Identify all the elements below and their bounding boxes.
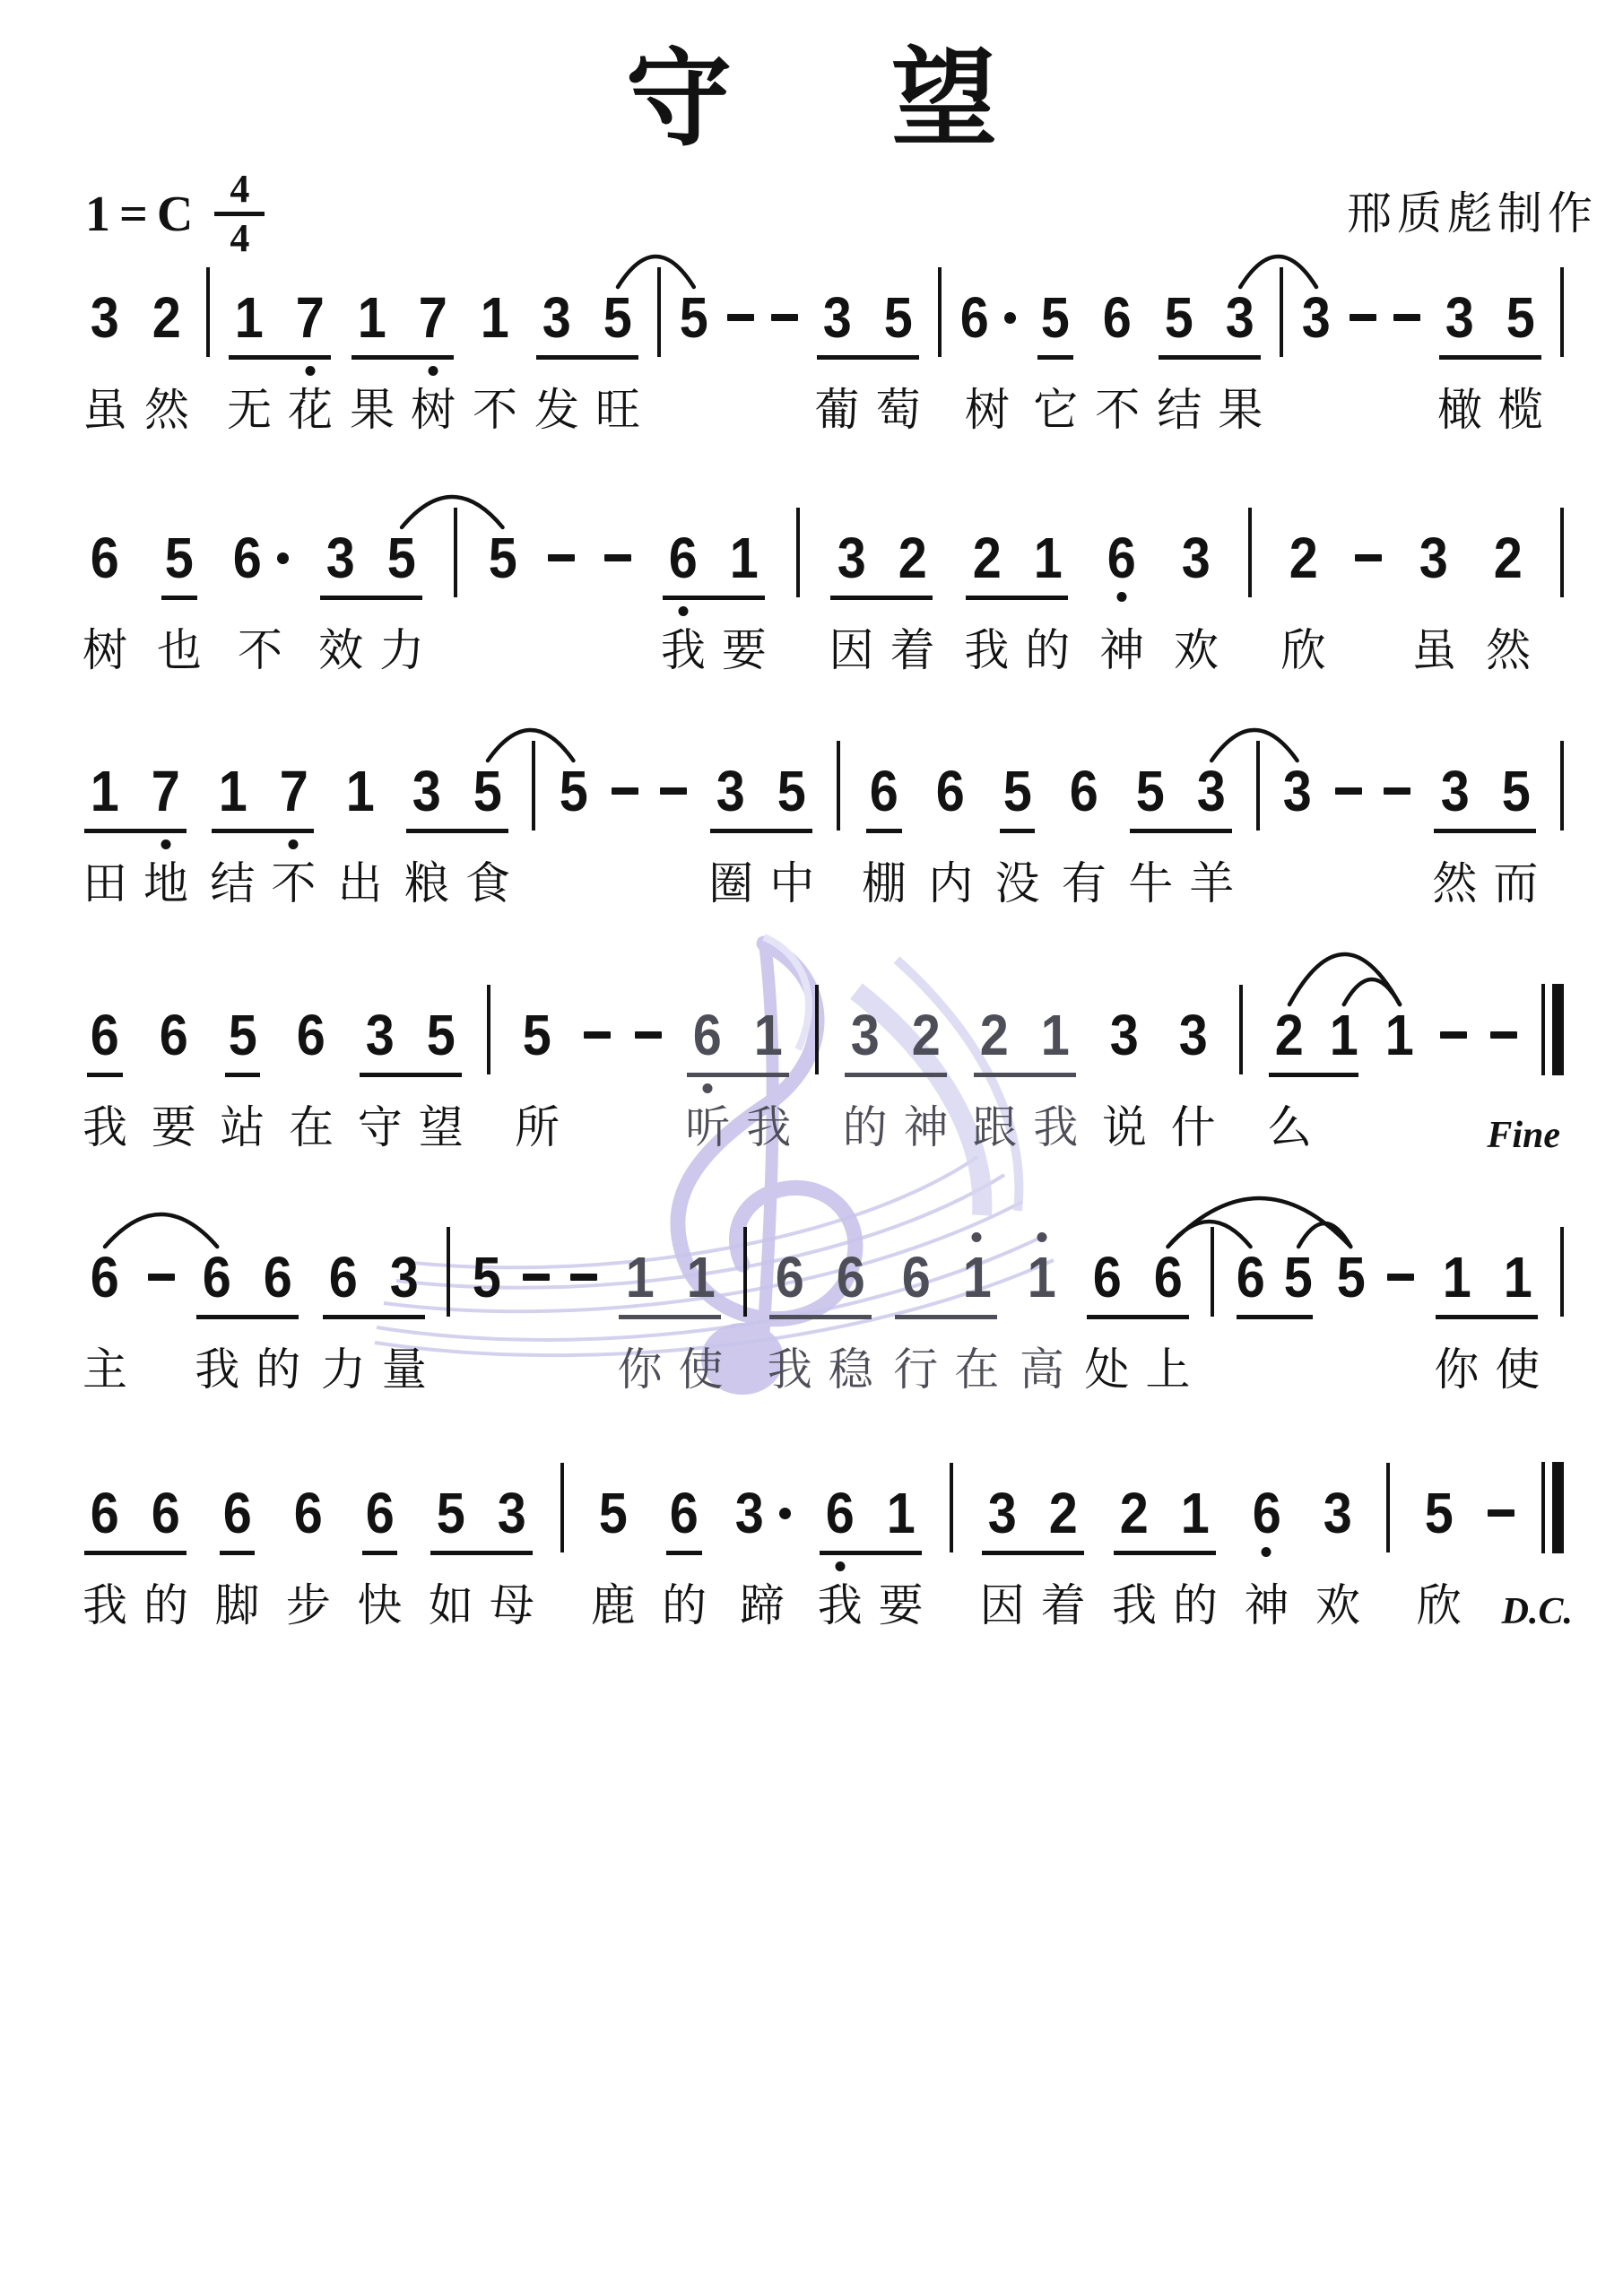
lyric-char: 什 [1171,1103,1216,1153]
beamed-group: 6我6的 [82,1484,188,1631]
note-cell: 3虽 [1411,529,1456,676]
lyric-char: 不 [1095,386,1140,436]
note-cell: 3蹄 [733,1484,792,1631]
note-digit: 3 [837,529,865,587]
lyric-char: 食 [465,859,510,909]
note-digit: 6 [670,1484,699,1542]
barline [1560,762,1564,909]
note-cell: 5如 [429,1484,473,1631]
octave-dot-below [289,839,299,849]
eighth-underline [220,1551,256,1555]
lyric-char: 么 [1267,1103,1312,1153]
lyric-char: 然 [1432,859,1477,909]
note-digit: 5 [1136,762,1165,820]
note-cell: 5结 [1157,289,1202,436]
note-cell: 5力 [379,529,424,676]
note-digit: 1 [887,1484,916,1542]
notes-row: 3虽2然1无7花1果7树1不3发5旺53葡5萄6树5它6不5结3果33橄5榄 [82,289,1564,436]
note-digit: 3 [988,1484,1017,1542]
beam-underline [1434,829,1536,833]
barline-rule [1560,267,1564,357]
note-cell: 3的 [843,1006,888,1153]
lyric-char: 脚 [214,1581,259,1631]
beam-underline [430,1551,533,1555]
tie-arc [1168,1222,1251,1247]
note-digit: 5 [437,1484,465,1542]
beamed-group: 3效5力 [318,529,424,676]
tie-arc [1344,979,1400,1004]
note-digit: 3 [1110,1006,1139,1064]
note-cell: 1使 [678,1248,723,1396]
note-cell: 3什 [1171,1006,1216,1153]
dash-glyph [771,314,798,321]
note-cell: 2我 [964,529,1009,676]
note-cell: 5榄 [1498,289,1543,436]
duration-dash [548,529,575,676]
beam-underline [974,1073,1076,1077]
note-cell: 6我 [195,1248,239,1396]
note-digit: 1 [91,762,119,820]
lyric-char: 欢 [1315,1581,1360,1631]
beam-underline [1439,355,1541,360]
system-3: 1田7地1结7不1出3粮5食53圈5中6棚6内5没6有5牛3羊33然5而 [82,762,1564,909]
fine-marking: Fine [1487,1114,1560,1157]
note-digit: 5 [228,1006,256,1064]
duration-dash [771,289,798,436]
note-cell: 6主 [82,1248,127,1396]
lyric-char: 而 [1493,859,1538,909]
note-cell: 2着 [1041,1484,1086,1631]
note-cell: 5 [471,1248,503,1396]
lyric-char: 花 [288,386,333,436]
key-signature: 1 = C 4 4 [85,169,265,259]
note-digit: 3 [542,289,571,346]
lyric-char: 我 [818,1581,863,1631]
note-digit: 1 [754,1006,783,1064]
lyric-char: 快 [357,1581,402,1631]
lyric-char: 不 [473,386,517,436]
dash-glyph [727,314,754,321]
barline [1386,1484,1390,1631]
lyric-char: 牛 [1128,859,1173,909]
duration-dash [148,1248,175,1396]
dash-glyph [612,787,638,795]
note-digit: 1 [1181,1484,1210,1542]
note-digit: 6 [152,1484,180,1542]
note-cell: 5 [487,529,519,676]
note-digit: 2 [1120,1484,1149,1542]
lyric-char: 的 [256,1345,300,1396]
lyric-char: 母 [490,1581,534,1631]
note-digit: 6 [837,1248,865,1306]
beamed-group: 2我1的 [1112,1484,1218,1631]
lyric-char: 处 [1085,1345,1130,1396]
note-cell: 6在 [289,1006,334,1153]
note-cell: 1我 [1033,1006,1078,1153]
beam-underline [710,829,812,833]
lyric-char: 出 [338,859,383,909]
dash-glyph [635,1031,662,1039]
beam-underline [1087,1315,1189,1319]
barline [938,289,942,436]
note-digit: 2 [1289,529,1318,587]
beam-underline [352,355,454,360]
beamed-group: 3粮5食 [404,762,510,909]
note-digit: 2 [898,529,926,587]
beamed-group: 6力3量 [321,1248,427,1396]
note-cell: 5 [558,762,590,909]
note-digit: 3 [851,1006,880,1064]
beam-underline [820,1551,922,1555]
note-digit: 3 [1283,762,1312,820]
lyric-char: 萄 [876,386,921,436]
beam-underline [360,1073,462,1077]
note-cell: 7花 [288,289,333,436]
beam-underline [769,1315,872,1319]
lyric-char: 要 [879,1581,924,1631]
tie-arc [618,257,694,287]
beamed-group: 1田7地 [82,762,188,909]
note-digit: 7 [419,289,447,346]
note-cell: 6 [1235,1248,1267,1396]
barline [657,289,661,436]
beamed-group: 1你1使 [1434,1248,1540,1396]
eighth-underline [87,1073,123,1077]
note-cell: 1结 [210,762,255,909]
note-cell: 3发 [534,289,579,436]
note-cell: 6稳 [829,1248,873,1396]
eighth-underline [1037,355,1073,360]
note-digit: 6 [1107,529,1136,587]
beamed-group: 3橄5榄 [1437,289,1543,436]
note-cell: 6行 [893,1248,938,1396]
key-tonic: C [157,186,193,243]
note-cell: 3欢 [1315,1484,1360,1631]
system-4: 6我6要5站6在3守5望5所6听1我3的2神2跟1我3说3什2么11Fine [82,1006,1564,1153]
beamed-group: 3发5旺 [534,289,640,436]
barline-rule [454,508,457,597]
barline-rule [1211,1227,1214,1317]
note-digit: 5 [1003,762,1032,820]
lyric-char: 因 [980,1581,1025,1631]
beam-underline [212,829,314,833]
beamed-group: 2跟1我 [972,1006,1078,1153]
beamed-group: 3圈5中 [708,762,814,909]
note-digit: 1 [962,1248,991,1306]
time-signature-denominator: 4 [230,218,249,259]
beamed-group: 3葡5萄 [815,289,921,436]
note-cell: 2欣 [1281,529,1326,676]
barline-rule [560,1463,564,1552]
note-cell: 3量 [382,1248,427,1396]
system-2: 6树5也6不3效5力56我1要3因2着2我1的6神3欢2欣3虽2然 [82,529,1564,676]
note-cell: 5旺 [595,289,640,436]
note-digit: 1 [730,529,759,587]
barline-rule [1386,1463,1390,1552]
barline-rule [1239,985,1243,1074]
note-digit: 6 [936,762,965,820]
sheet-content: 守 望 1 = C 4 4 邢质彪制作 3虽2然1无7花1果7树1不3发5旺53… [0,0,1623,2296]
beamed-group: 1结7不 [210,762,316,909]
note-digit: 6 [297,1006,325,1064]
note-cell: 6我 [82,1006,127,1153]
eighth-underline [1000,829,1036,833]
note-digit: 1 [1028,1248,1056,1306]
note-digit: 6 [203,1248,231,1306]
note-digit: 1 [1503,1248,1532,1306]
note-cell: 5 [1282,1248,1315,1396]
lyric-char: 也 [157,626,202,676]
lyric-char: 的 [143,1581,188,1631]
note-digit: 1 [358,289,386,346]
augmentation-dot [779,1508,791,1519]
barline [1248,529,1252,676]
beam-underline [619,1315,721,1319]
duration-dash [570,1248,597,1396]
note-cell: 6我 [818,1484,863,1631]
dash-glyph [1335,787,1362,795]
note-cell: 3因 [829,529,873,676]
slur-arcs [82,477,1564,531]
note-digit: 5 [473,762,502,820]
note-digit: 1 [481,289,509,346]
lyric-char: 蹄 [740,1581,785,1631]
note-cell: 1要 [722,529,767,676]
barline [837,762,840,909]
beam-underline [229,355,331,360]
lyric-char: 跟 [972,1103,1017,1153]
lyric-char: 神 [1099,626,1144,676]
note-cell: 5没 [995,762,1040,909]
beam-underline [895,1315,997,1319]
beamed-group: 5如3母 [429,1484,534,1631]
note-digit: 3 [1440,762,1469,820]
note-digit: 7 [152,762,180,820]
da-capo-marking: D.C. [1502,1590,1573,1633]
note-digit: 6 [294,1484,323,1542]
note-cell: 1我 [746,1006,791,1153]
beam-underline [663,596,765,600]
note-digit: 3 [91,289,119,346]
lyric-char: 行 [893,1345,938,1396]
beamed-group: 6我6的 [195,1248,300,1396]
note-cell: 2神 [904,1006,949,1153]
note-cell: 5 [678,289,710,436]
barline-rule [938,267,942,357]
note-cell: 5站 [220,1006,265,1153]
note-digit: 6 [959,289,988,346]
note-digit: 3 [390,1248,419,1306]
note-cell: 3 [1300,289,1332,436]
beam-underline [1436,1315,1538,1319]
lyric-char: 我 [1112,1581,1157,1631]
note-cell: 1要 [879,1484,924,1631]
dash-glyph [148,1274,175,1281]
note-cell: 1的 [1025,529,1070,676]
note-digit: 2 [152,289,181,346]
note-cell: 6内 [928,762,973,909]
note-cell: 6有 [1062,762,1107,909]
note-digit: 6 [1252,1484,1280,1542]
lyric-char: 然 [1486,626,1531,676]
lyric-char: 欣 [1417,1581,1462,1631]
duration-dash [727,289,754,436]
note-cell: 5萄 [876,289,921,436]
lyric-char: 我 [82,1103,127,1153]
beam-underline [1130,829,1232,833]
note-cell: 2然 [1486,529,1531,676]
dash-glyph [660,787,687,795]
dash-glyph [1355,554,1382,561]
lyric-char: 神 [904,1103,949,1153]
note-digit: 6 [91,1006,119,1064]
barline-rule [1560,741,1564,831]
barline [487,1006,490,1153]
note-cell: 3果 [1218,289,1263,436]
barline-rule [743,1227,747,1317]
key-equals: = [119,186,148,243]
tie-arc [1289,954,1400,1004]
note-digit: 6 [160,1006,188,1064]
lyric-char: 中 [769,859,814,909]
lyric-char: 不 [271,859,316,909]
note-cell: 1 [1384,1006,1416,1153]
octave-dot-below [429,366,438,376]
note-digit: 1 [1442,1248,1471,1306]
beamed-group: 5牛3羊 [1128,762,1234,909]
note-cell: 3虽 [82,289,127,436]
barline-rule [837,741,840,831]
barline [560,1484,564,1631]
lyric-char: 力 [379,626,424,676]
beamed-group: 6处6上 [1085,1248,1191,1396]
note-cell: 5牛 [1128,762,1173,909]
barline [454,529,457,676]
note-cell: 3橄 [1437,289,1482,436]
duration-dash [604,529,631,676]
beam-underline [982,1551,1084,1555]
lyric-char: 高 [1020,1345,1064,1396]
note-digit: 3 [1419,529,1448,587]
duration-dash [612,762,638,909]
title-char-1: 守 [626,47,732,154]
note-cell: 3效 [318,529,363,676]
lyric-char: 我 [964,626,1009,676]
barline [1560,1248,1564,1396]
notes-row: 6树5也6不3效5力56我1要3因2着2我1的6神3欢2欣3虽2然 [82,529,1564,676]
note-digit: 6 [1153,1248,1182,1306]
barline-rule [950,1463,953,1552]
beam-underline [966,596,1068,600]
note-digit: 6 [91,1484,119,1542]
lyric-char: 榄 [1498,386,1543,436]
eighth-underline [666,1551,702,1555]
lyric-char: 圈 [708,859,753,909]
lyric-char: 说 [1102,1103,1147,1153]
note-digit: 3 [412,762,441,820]
note-cell: 3 [1281,762,1314,909]
note-digit: 6 [901,1248,930,1306]
notes-row: 1田7地1结7不1出3粮5食53圈5中6棚6内5没6有5牛3羊33然5而 [82,762,1564,909]
beam-underline [196,1315,299,1319]
dash-glyph [570,1274,597,1281]
note-digit: 1 [686,1248,715,1306]
note-cell: 5而 [1493,762,1538,909]
tie-arc [1211,730,1297,761]
note-cell: 7地 [143,762,188,909]
note-cell: 3羊 [1189,762,1234,909]
note-cell: 2着 [890,529,934,676]
barline [1560,289,1564,436]
lyric-char: 因 [829,626,873,676]
note-digit: 3 [734,1484,763,1542]
time-signature-numerator: 4 [230,169,249,210]
beamed-group: 6听1我 [685,1006,791,1153]
lyric-char: 橄 [1437,386,1482,436]
dash-glyph [1384,787,1410,795]
note-digit: 5 [489,529,517,587]
lyric-char: 守 [358,1103,403,1153]
beam-underline [1237,1315,1313,1319]
note-cell: 5望 [419,1006,464,1153]
note-cell: 6听 [685,1006,730,1153]
note-cell: 2我 [1112,1484,1157,1631]
note-digit: 6 [776,1248,804,1306]
dash-glyph [523,1274,550,1281]
lyric-char: 结 [210,859,255,909]
lyric-char: 无 [227,386,272,436]
note-digit: 3 [1226,289,1254,346]
note-digit: 6 [1237,1248,1265,1306]
beamed-group: 6我1要 [818,1484,924,1631]
lyric-char: 稳 [829,1345,873,1396]
note-digit: 2 [980,1006,1009,1064]
lyric-char: 的 [843,1103,888,1153]
lyric-char: 量 [382,1345,427,1396]
note-digit: 5 [599,1484,628,1542]
duration-dash [1387,1248,1414,1396]
notes-row: 6我6要5站6在3守5望5所6听1我3的2神2跟1我3说3什2么11 [82,1006,1564,1153]
lyric-char: 听 [685,1103,730,1153]
lyric-char: 我 [1033,1103,1078,1153]
note-cell: 6快 [357,1484,402,1631]
beamed-group: 6我1要 [661,529,767,676]
beamed-group: 6我6稳 [768,1248,873,1396]
lyric-char: 果 [350,386,395,436]
tie-arc [488,730,573,761]
system-6: 6我6的6脚6步6快5如3母5鹿6的3蹄6我1要3因2着2我1的6神3欢5欣D.… [82,1484,1564,1631]
tie-arc [402,497,502,527]
note-cell: 6我 [661,529,706,676]
note-cell: 3因 [980,1484,1025,1631]
barline-rule [447,1227,450,1317]
note-digit: 2 [1275,1006,1304,1064]
octave-dot-below [161,839,171,849]
duration-dash [1355,529,1382,676]
note-digit: 1 [1041,1006,1070,1064]
note-cell: 1无 [227,289,272,436]
note-cell: 3母 [490,1484,534,1631]
note-digit: 5 [165,529,194,587]
beam-underline [536,355,638,360]
dash-glyph [1393,314,1420,321]
note-digit: 3 [823,289,852,346]
octave-dot-above [1037,1232,1046,1242]
note-digit: 3 [1182,529,1211,587]
beam-underline [1114,1551,1216,1555]
barline [206,289,210,436]
note-cell: 5 [1335,1248,1367,1396]
